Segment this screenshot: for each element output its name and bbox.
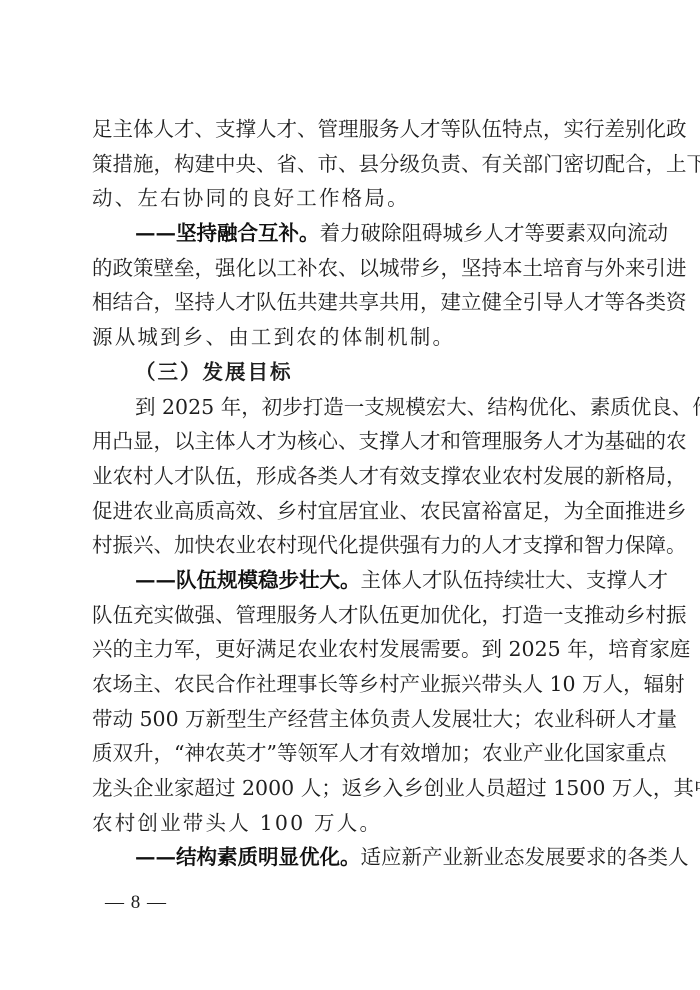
page-number: — 8 — xyxy=(105,892,167,914)
text-line: 的政策壁垒，强化以工补农、以城带乡，坚持本土培育与外来引进 xyxy=(92,251,610,286)
text-span: 主体人才队伍持续壮大、支撑人才 xyxy=(361,568,669,592)
text-span: 着力破除阻碍城乡人才等要素双向流动 xyxy=(320,221,669,245)
text-line: 村振兴、加快农业农村现代化提供强有力的人才支撑和智力保障。 xyxy=(92,528,610,563)
bold-lead: ——结构素质明显优化。 xyxy=(135,845,361,869)
text-line: ——坚持融合互补。着力破除阻碍城乡人才等要素双向流动 xyxy=(92,216,610,251)
section-heading: （三）发展目标 xyxy=(92,355,610,390)
bold-lead: ——队伍规模稳步壮大。 xyxy=(135,568,361,592)
body-text: 足主体人才、支撑人才、管理服务人才等队伍特点，实行差别化政 策措施，构建中央、省… xyxy=(92,112,610,875)
text-line: 足主体人才、支撑人才、管理服务人才等队伍特点，实行差别化政 xyxy=(92,112,610,147)
text-line: 质双升，“神农英才”等领军人才有效增加；农业产业化国家重点 xyxy=(92,736,610,771)
text-line: ——结构素质明显优化。适应新产业新业态发展要求的各类人 xyxy=(92,840,610,875)
text-line: 龙头企业家超过 2000 人；返乡入乡创业人员超过 1500 万人，其中 xyxy=(92,771,610,806)
text-line: 业农村人才队伍，形成各类人才有效支撑农业农村发展的新格局， xyxy=(92,459,610,494)
text-line: 带动 500 万新型生产经营主体负责人发展壮大；农业科研人才量 xyxy=(92,702,610,737)
text-line: 用凸显，以主体人才为核心、支撑人才和管理服务人才为基础的农 xyxy=(92,424,610,459)
text-line: 农场主、农民合作社理事长等乡村产业振兴带头人 10 万人，辐射 xyxy=(92,667,610,702)
text-line: 策措施，构建中央、省、市、县分级负责、有关部门密切配合，上下联 xyxy=(92,147,610,182)
text-span: 适应新产业新业态发展要求的各类人 xyxy=(361,845,689,869)
text-line: 到 2025 年，初步打造一支规模宏大、结构优化、素质优良、作 xyxy=(92,390,610,425)
document-page: 足主体人才、支撑人才、管理服务人才等队伍特点，实行差别化政 策措施，构建中央、省… xyxy=(0,0,700,990)
text-line: 相结合，坚持人才队伍共建共享共用，建立健全引导人才等各类资 xyxy=(92,285,610,320)
text-line: 农村创业带头人 100 万人。 xyxy=(92,806,610,841)
text-line: 动、左右协同的良好工作格局。 xyxy=(92,181,610,216)
text-line: ——队伍规模稳步壮大。主体人才队伍持续壮大、支撑人才 xyxy=(92,563,610,598)
text-line: 兴的主力军，更好满足农业农村发展需要。到 2025 年，培育家庭 xyxy=(92,632,610,667)
text-line: 促进农业高质高效、乡村宜居宜业、农民富裕富足，为全面推进乡 xyxy=(92,494,610,529)
text-line: 队伍充实做强、管理服务人才队伍更加优化，打造一支推动乡村振 xyxy=(92,598,610,633)
bold-lead: ——坚持融合互补。 xyxy=(135,221,320,245)
text-line: 源从城到乡、由工到农的体制机制。 xyxy=(92,320,610,355)
